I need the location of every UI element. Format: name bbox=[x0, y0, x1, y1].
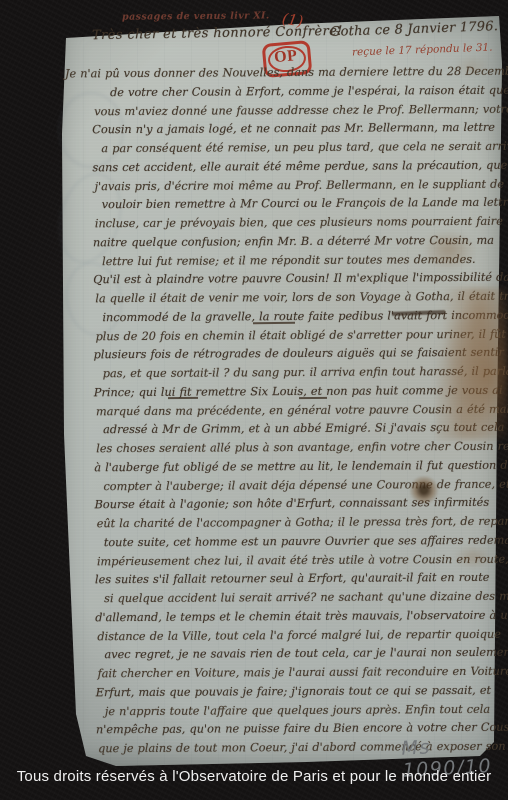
letter-line: compter à l'auberge; il avait déja dépen… bbox=[103, 475, 498, 496]
letter-line: impérieusement chez lui, il avait été tr… bbox=[97, 550, 499, 571]
letter-line: plusieurs fois de rétrogrades de douleur… bbox=[94, 344, 498, 365]
letter-body: Je n'ai pû vous donner des Nouvelles, da… bbox=[92, 63, 500, 759]
copyright-caption: Tous droits réservés à l'Observatoire de… bbox=[0, 768, 508, 785]
letter-line: marqué dans ma précédente, en général vo… bbox=[96, 400, 498, 421]
letter-line: les suites s'il fallait retourner seul à… bbox=[95, 569, 499, 590]
letter-line: plus de 20 fois en chemin il était oblig… bbox=[95, 325, 497, 346]
letter-line: les choses seraient allé plus à son avan… bbox=[96, 438, 498, 459]
letter-line: pas, et que sortait-il ? du sang pur. il… bbox=[103, 363, 498, 384]
letter-line: toute suite, cet homme est un pauvre Ouv… bbox=[104, 532, 499, 553]
archivist-note: passages de venus livr XI. bbox=[122, 10, 270, 22]
letter-line: Erfurt, mais que pouvais je faire; j'ign… bbox=[96, 682, 500, 703]
letter-line: Je n'ai pû vous donner des Nouvelles, da… bbox=[65, 63, 496, 84]
letter-line: avec regret, je ne savais rien de tout c… bbox=[104, 644, 499, 665]
manuscript-scan-viewer: passages de venus livr XI. (1) Très cher… bbox=[0, 0, 508, 800]
underline-mark bbox=[299, 397, 327, 399]
letter-line: naitre quelque confusion; enfin Mr. B. a… bbox=[93, 232, 497, 253]
letter-line: à l'auberge fut obligé de se mettre au l… bbox=[94, 457, 498, 478]
letter-line: adressé à Mr de Grimm, et à un abbé Emig… bbox=[103, 419, 498, 440]
letter-line: j'avais pris, d'écrire moi même au Prof.… bbox=[95, 175, 497, 196]
letter-line: de votre cher Cousin à Erfort, comme je … bbox=[110, 82, 496, 103]
letter-line: la quelle il était de venir me voir, lor… bbox=[95, 288, 497, 309]
letter-line: fait chercher en Voiture, mais je l'aura… bbox=[98, 663, 500, 684]
letter-line: si quelque accident lui serait arrivé? n… bbox=[104, 588, 499, 609]
letter-line: Bourse était à l'agonie; son hôte d'Erfu… bbox=[95, 494, 499, 515]
letter-line: a par conséquent été remise, un peu plus… bbox=[101, 138, 496, 159]
letter-line: Cousin n'y a jamais logé, et ne connait … bbox=[92, 119, 496, 140]
letter-line: vouloir bien remettre à Mr Courci ou le … bbox=[102, 194, 497, 215]
letter-line: vous m'aviez donné une fausse addresse c… bbox=[94, 100, 496, 121]
letter-line: Qu'il est à plaindre votre pauvre Cousin… bbox=[93, 269, 497, 290]
letter-line: incluse, car je prévoyais bien, que ces … bbox=[95, 213, 497, 234]
letter-line: eût la charité de l'accompagner à Gotha;… bbox=[97, 513, 499, 534]
letter-line: je n'appris toute l'affaire que quelques… bbox=[105, 700, 500, 721]
underline-mark bbox=[168, 397, 198, 399]
letter-line: Prince; qui lui fit remettre Six Louis, … bbox=[94, 382, 498, 403]
letter-line: lettre lui fut remise; et il me répondit… bbox=[102, 250, 497, 271]
letter-line: distance de la Ville, tout cela l'a forc… bbox=[97, 625, 499, 646]
letter-line: sans cet accident, elle aurait été même … bbox=[92, 157, 496, 178]
letter-line: d'allemand, le temps et le chemin était … bbox=[95, 607, 499, 628]
